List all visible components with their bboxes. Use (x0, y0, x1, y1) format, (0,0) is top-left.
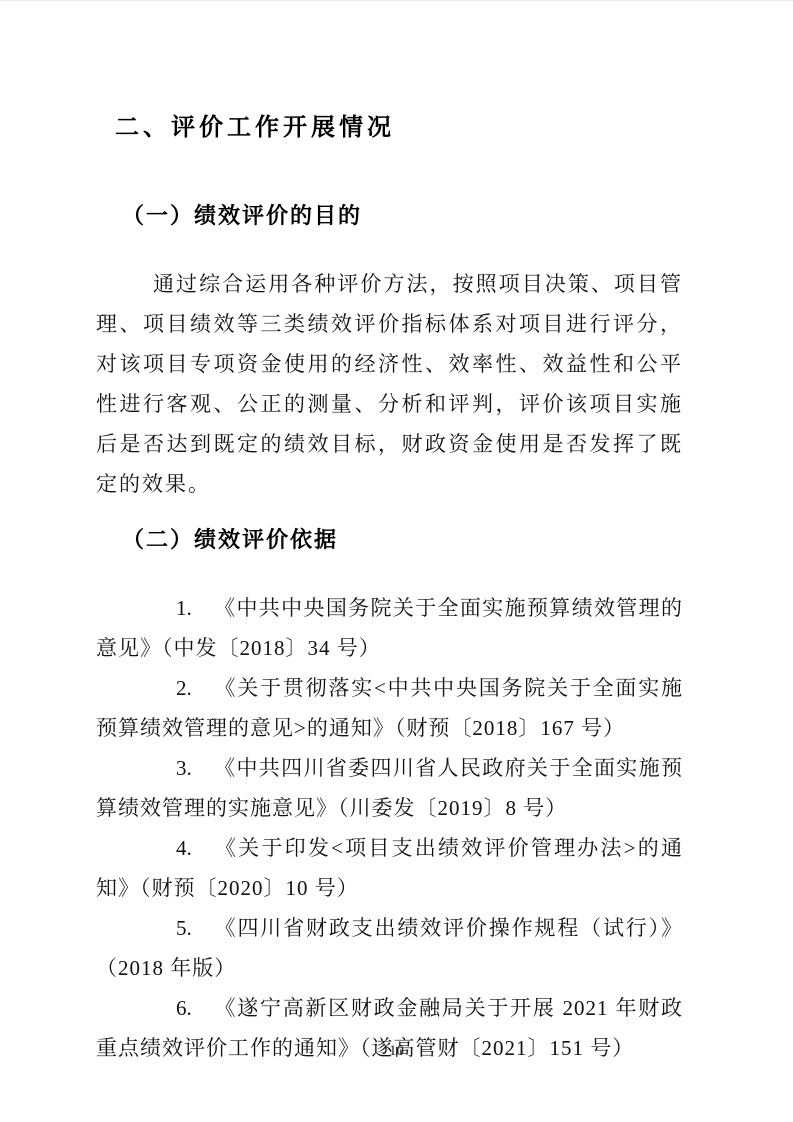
page-number: 10 (0, 1042, 793, 1060)
purpose-paragraph: 通过综合运用各种评价方法，按照项目决策、项目管理、项目绩效等三类绩效评价指标体系… (96, 264, 683, 504)
list-item: 1.《中共中央国务院关于全面实施预算绩效管理的意见》（中发〔2018〕34 号） (96, 588, 683, 668)
list-item-number: 1. (176, 596, 192, 620)
list-item: 4.《关于印发<项目支出绩效评价管理办法>的通知》（财预〔2020〕10 号） (96, 828, 683, 908)
list-item-number: 6. (176, 996, 192, 1020)
subsection-heading-purpose: （一）绩效评价的目的 (122, 201, 683, 231)
list-item: 3.《中共四川省委四川省人民政府关于全面实施预算绩效管理的实施意见》（川委发〔2… (96, 748, 683, 828)
document-page: 二、评价工作开展情况 （一）绩效评价的目的 通过综合运用各种评价方法，按照项目决… (0, 0, 793, 1122)
section-title: 二、评价工作开展情况 (115, 113, 683, 143)
list-item-number: 5. (176, 916, 192, 940)
list-item-number: 2. (176, 676, 192, 700)
subsection-heading-basis: （二）绩效评价依据 (122, 525, 683, 555)
legal-basis-list: 1.《中共中央国务院关于全面实施预算绩效管理的意见》（中发〔2018〕34 号）… (96, 588, 683, 1068)
list-item: 5.《四川省财政支出绩效评价操作规程（试行）》（2018 年版） (96, 908, 683, 988)
list-item-number: 3. (176, 756, 192, 780)
list-item-number: 4. (176, 836, 192, 860)
list-item: 2.《关于贯彻落实<中共中央国务院关于全面实施预算绩效管理的意见>的通知》（财预… (96, 668, 683, 748)
